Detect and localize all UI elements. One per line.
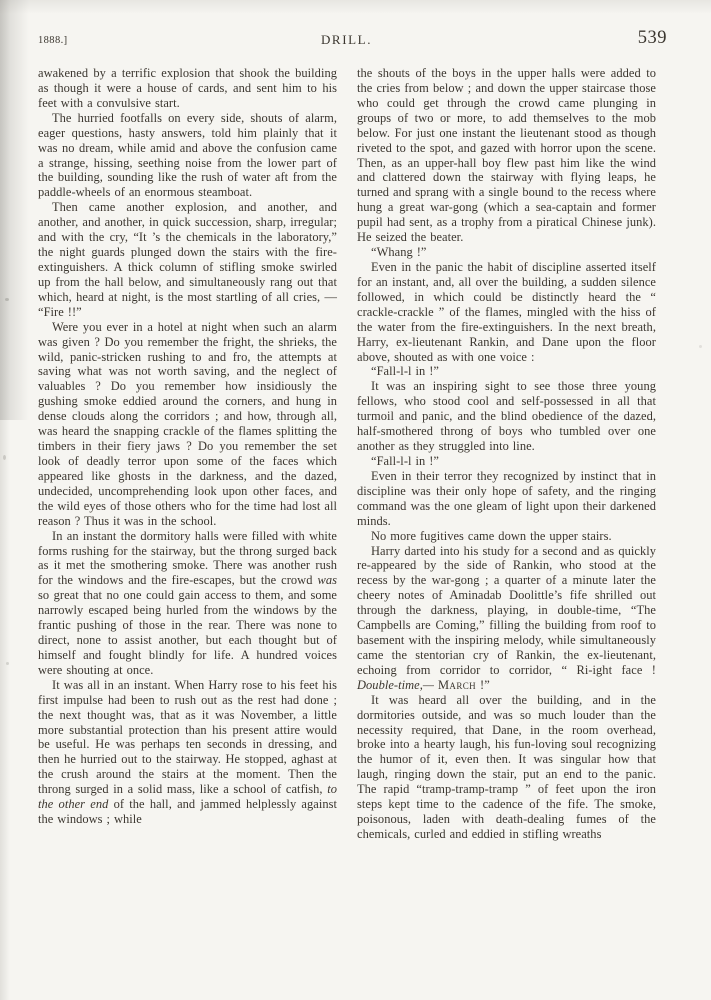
page-number: 539 — [638, 28, 667, 49]
text-run: Double-time,— — [357, 678, 434, 692]
text-run: was — [317, 573, 337, 587]
scan-speck — [5, 298, 9, 301]
text-run: “Fall-l-l in !” — [371, 364, 439, 378]
text-run: It was an inspiring sight to see those t… — [357, 379, 656, 453]
paragraph: the shouts of the boys in the upper hall… — [357, 66, 656, 245]
text-run: Were you ever in a hotel at night when s… — [38, 320, 337, 528]
text-run: awakened by a terrific explosion that sh… — [38, 66, 337, 110]
text-run: Harry darted into his study for a second… — [357, 544, 656, 677]
paragraph: The hurried footfalls on every side, sho… — [38, 111, 337, 201]
paragraph: Even in their terror they recognized by … — [357, 469, 656, 529]
text-run: The hurried footfalls on every side, sho… — [38, 111, 337, 200]
right-column: the shouts of the boys in the upper hall… — [357, 66, 656, 842]
scan-edge-shadow — [0, 0, 34, 420]
paragraph: “Fall-l-l in !” — [357, 364, 656, 379]
paragraph: Even in the panic the habit of disciplin… — [357, 260, 656, 364]
paragraph: “Fall-l-l in !” — [357, 454, 656, 469]
paragraph: It was all in an instant. When Harry ros… — [38, 678, 337, 827]
text-run: “Fall-l-l in !” — [371, 454, 439, 468]
paragraph: It was an inspiring sight to see those t… — [357, 379, 656, 454]
text-run: “Whang !” — [371, 245, 426, 259]
scan-speck — [699, 345, 702, 348]
text-run: so great that no one could gain access t… — [38, 588, 337, 677]
paragraph: It was heard all over the building, and … — [357, 693, 656, 842]
scan-edge-shadow-full — [0, 0, 10, 1000]
text-run: Even in their terror they recognized by … — [357, 469, 656, 528]
text-run: !” — [476, 678, 490, 692]
running-title: DRILL. — [38, 32, 655, 48]
text-run: No more fugitives came down the upper st… — [371, 529, 612, 543]
paragraph: In an instant the dormitory halls were f… — [38, 529, 337, 678]
text-run: the shouts of the boys in the upper hall… — [357, 66, 656, 244]
left-column: awakened by a terrific explosion that sh… — [38, 66, 337, 842]
paragraph: “Whang !” — [357, 245, 656, 260]
scan-speck — [3, 455, 6, 460]
text-run: Even in the panic the habit of disciplin… — [357, 260, 656, 364]
text-run: Then came another explosion, and another… — [38, 200, 337, 318]
text-run: It was all in an instant. When Harry ros… — [38, 678, 337, 796]
scan-speck — [6, 662, 9, 665]
scan-edge-top — [0, 0, 711, 14]
text-run: It was heard all over the building, and … — [357, 693, 656, 841]
paragraph: Were you ever in a hotel at night when s… — [38, 320, 337, 529]
paragraph: awakened by a terrific explosion that sh… — [38, 66, 337, 111]
paragraph: Harry darted into his study for a second… — [357, 544, 656, 693]
text-columns: awakened by a terrific explosion that sh… — [38, 66, 656, 842]
paragraph: No more fugitives came down the upper st… — [357, 529, 656, 544]
page-header: 1888.] DRILL. 539 — [38, 26, 655, 56]
paragraph: Then came another explosion, and another… — [38, 200, 337, 319]
text-run: In an instant the dormitory halls were f… — [38, 529, 337, 588]
text-run: March — [438, 678, 476, 692]
